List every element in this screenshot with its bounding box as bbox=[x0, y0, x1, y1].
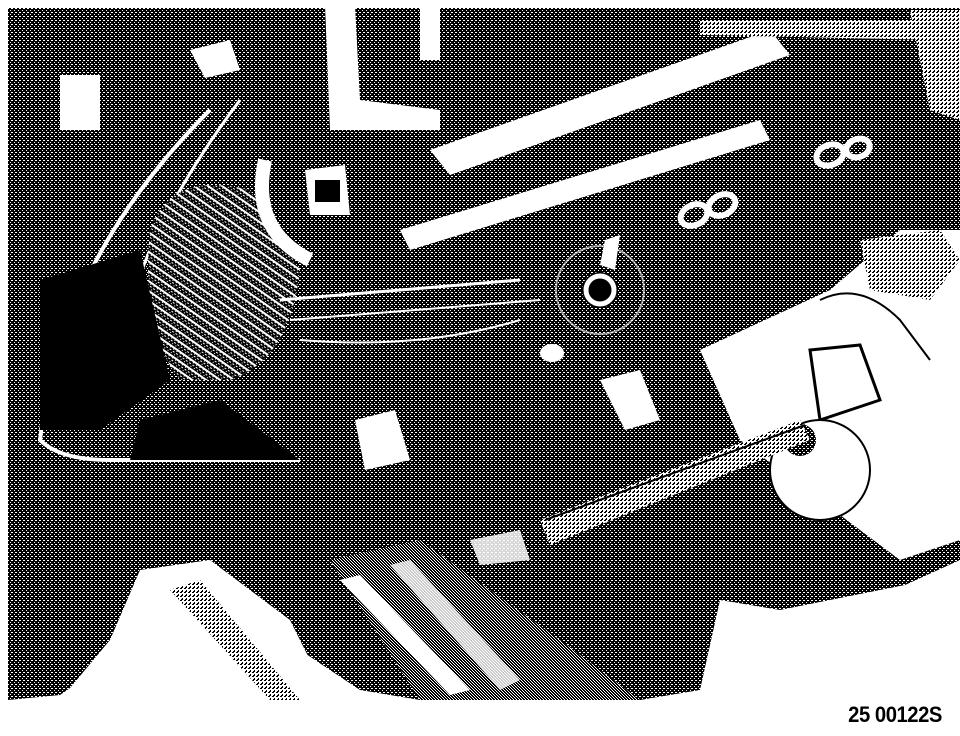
engine-bay-photo bbox=[0, 0, 960, 700]
manual-figure: 25 00122S bbox=[0, 0, 960, 736]
top-gap bbox=[0, 0, 960, 8]
relay-block bbox=[60, 75, 100, 130]
figure-code: 25 00122S bbox=[848, 702, 942, 728]
